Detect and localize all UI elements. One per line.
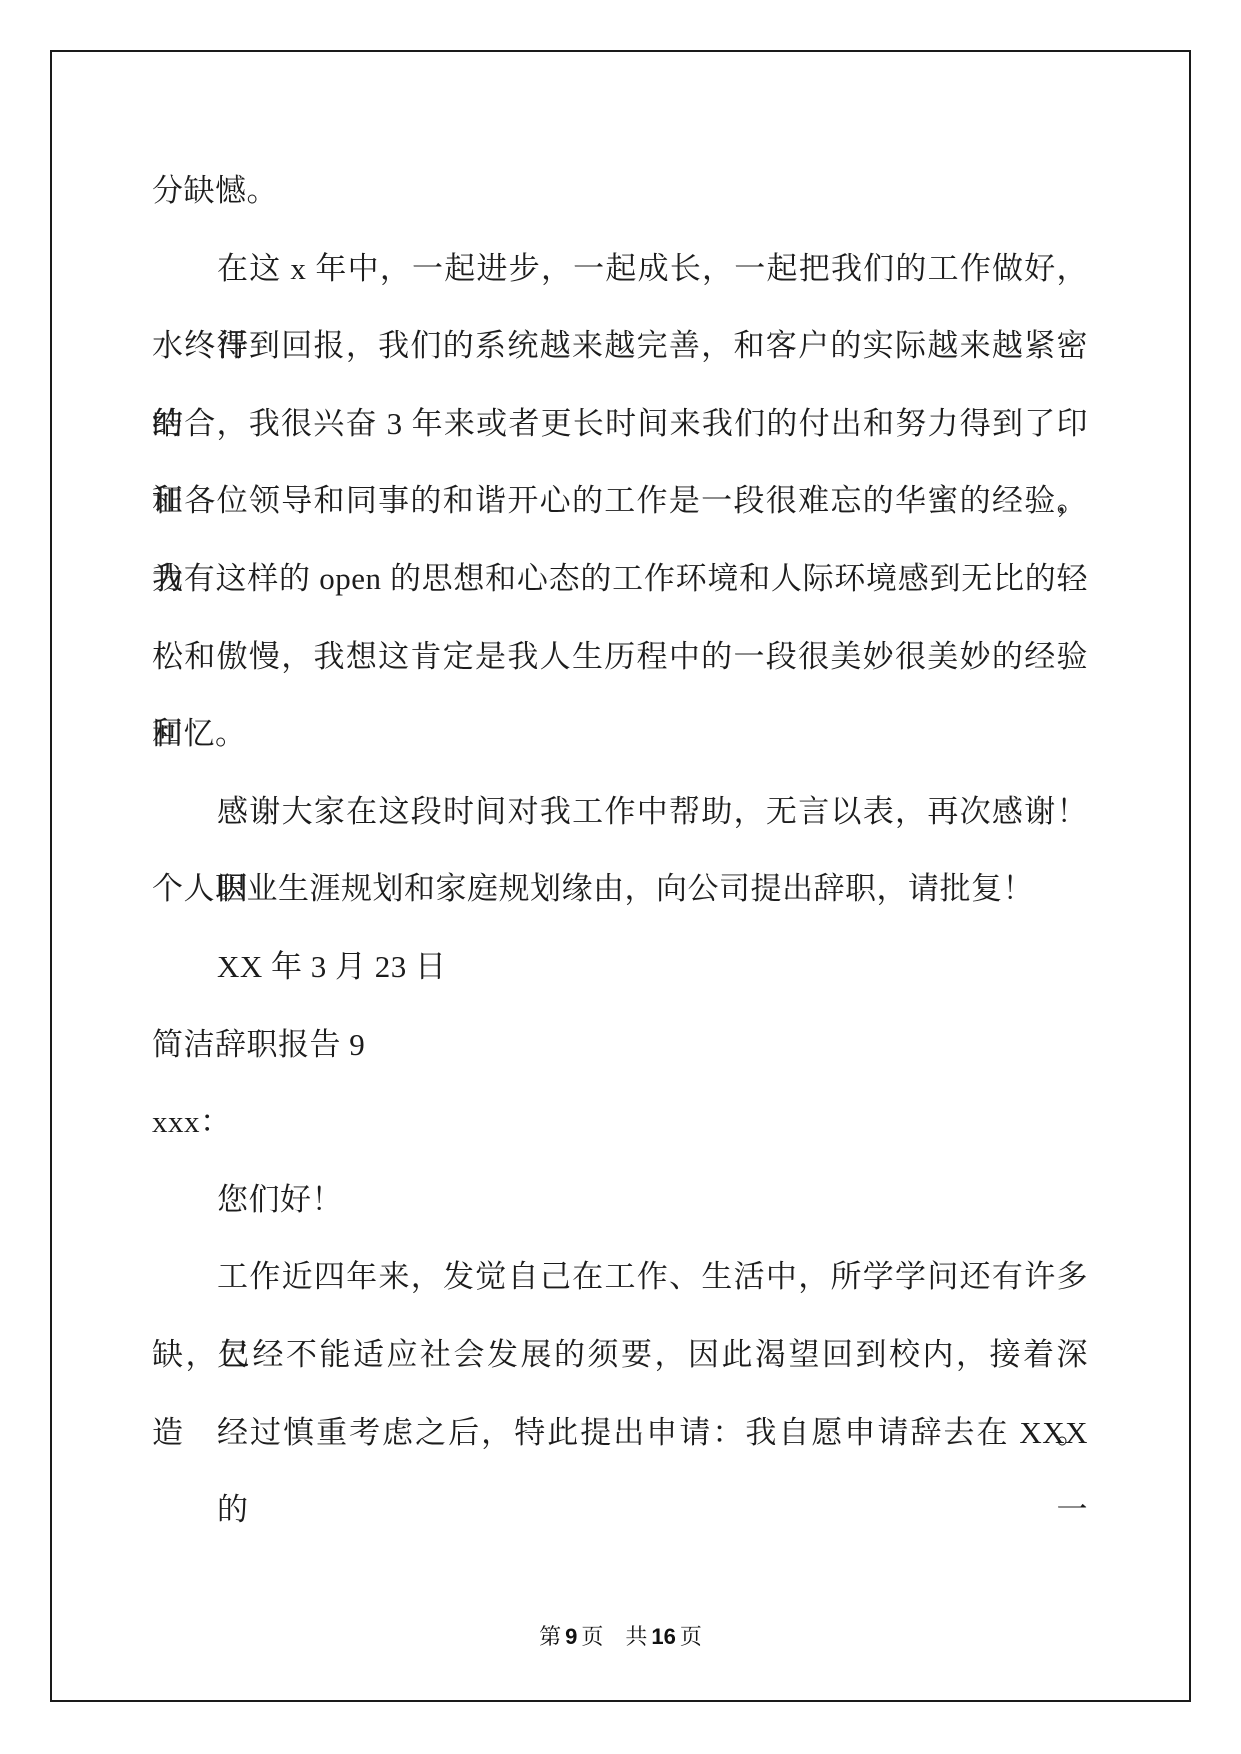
salutation-line: xxx： bbox=[152, 1083, 1088, 1161]
section-heading: 简洁辞职报告 9 bbox=[152, 1006, 1088, 1084]
greeting-line: 您们好！ bbox=[152, 1161, 1088, 1239]
document-body: 分缺憾。 在这 x 年中，一起进步，一起成长，一起把我们的工作做好，汗 水终得到… bbox=[152, 152, 1088, 1471]
footer-total-prefix: 共 bbox=[625, 1624, 647, 1649]
text-line: 回忆。 bbox=[152, 695, 1088, 773]
text-line: 在这 x 年中，一起进步，一起成长，一起把我们的工作做好，汗 bbox=[152, 230, 1088, 308]
text-line: 结合，我很兴奋 3 年来或者更长时间来我们的付出和努力得到了印证。 bbox=[152, 385, 1088, 463]
footer-total-pages: 16 bbox=[647, 1624, 679, 1649]
text-line: 为有这样的 open 的思想和心态的工作环境和人际环境感到无比的轻 bbox=[152, 540, 1088, 618]
text-line: 感谢大家在这段时间对我工作中帮助，无言以表，再次感谢！因 bbox=[152, 773, 1088, 851]
text-line: 个人职业生涯规划和家庭规划缘由，向公司提出辞职，请批复！ bbox=[152, 850, 1088, 928]
text-line: 缺，已经不能适应社会发展的须要，因此渴望回到校内，接着深造。 bbox=[152, 1316, 1088, 1394]
text-line: 水终得到回报，我们的系统越来越完善，和客户的实际越来越紧密的 bbox=[152, 307, 1088, 385]
text-line: 分缺憾。 bbox=[152, 152, 1088, 230]
footer-page-prefix: 第 bbox=[539, 1624, 561, 1649]
page-footer: 第9页共16页 bbox=[0, 1622, 1241, 1652]
footer-page-word: 页 bbox=[581, 1624, 603, 1649]
text-line: 和各位领导和同事的和谐开心的工作是一段很难忘的华蜜的经验，我 bbox=[152, 462, 1088, 540]
text-line: 工作近四年来，发觉自己在工作、生活中，所学学问还有许多欠 bbox=[152, 1238, 1088, 1316]
document-page: 分缺憾。 在这 x 年中，一起进步，一起成长，一起把我们的工作做好，汗 水终得到… bbox=[0, 0, 1241, 1754]
date-line: XX 年 3 月 23 日 bbox=[152, 928, 1088, 1006]
text-line: 松和傲慢，我想这肯定是我人生历程中的一段很美妙很美妙的经验和 bbox=[152, 618, 1088, 696]
text-line: 经过慎重考虑之后，特此提出申请：我自愿申请辞去在 XXX 的一 bbox=[152, 1394, 1088, 1472]
footer-total-word: 页 bbox=[680, 1624, 702, 1649]
footer-current-page: 9 bbox=[561, 1624, 581, 1649]
